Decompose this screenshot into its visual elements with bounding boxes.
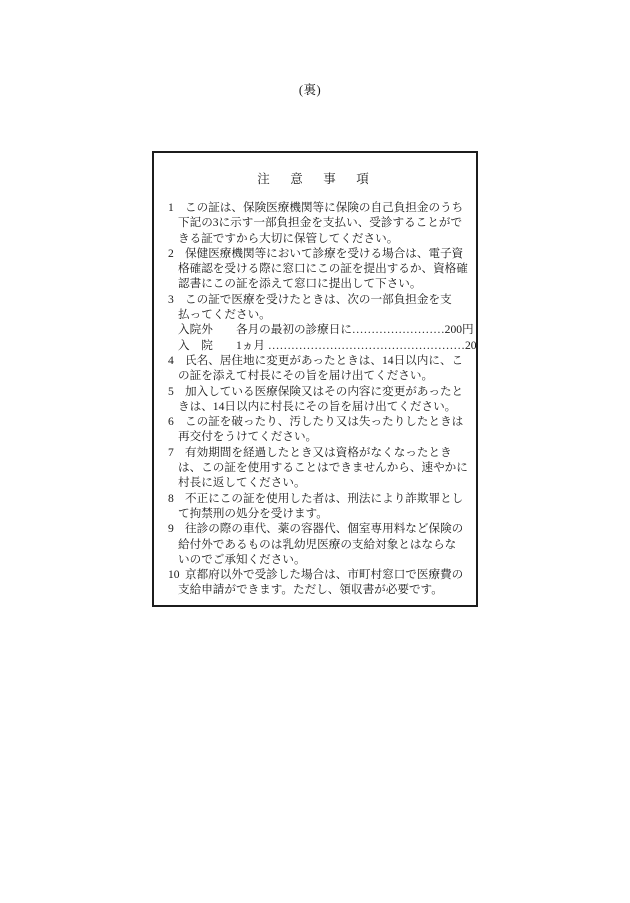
item-number: 8: [168, 491, 174, 506]
item-line: 保健医療機関等において診療を受ける場合は、電子資: [178, 246, 472, 261]
item-number: 2: [168, 246, 174, 261]
item-number: 1: [168, 200, 174, 215]
notice-item: 4氏名、居住地に変更があったときは、14日以内に、この証を添えて村長にその旨を届…: [168, 353, 472, 384]
notice-item: 9往診の際の車代、薬の容器代、個室専用料など保険の給付外であるものは乳幼児医療の…: [168, 521, 472, 567]
notice-title: 注 意 事 項: [154, 169, 476, 187]
notice-items: 1この証は、保険医療機関等に保険の自己負担金のうち下記の3に示す一部負担金を支払…: [168, 200, 472, 598]
notice-item: 10京都府以外で受診した場合は、市町村窓口で医療費の支給申請ができます。ただし、…: [168, 567, 472, 598]
item-line: 氏名、居住地に変更があったときは、14日以内に、こ: [178, 353, 472, 368]
item-line: この証を破ったり、汚したり又は失ったりしたときは: [178, 414, 472, 429]
notice-item: 2保健医療機関等において診療を受ける場合は、電子資格確認を受ける際に窓口にこの証…: [168, 246, 472, 292]
item-line: 支給申請ができます。ただし、領収書が必要です。: [178, 582, 472, 597]
item-line: きは、14日以内に村長にその旨を届け出てください。: [178, 399, 472, 414]
item-number: 6: [168, 414, 174, 429]
item-line: 払ってください。: [178, 307, 472, 322]
back-side-label: (裏): [0, 80, 620, 98]
item-number: 7: [168, 445, 174, 460]
item-line: 村長に返してください。: [178, 475, 472, 490]
item-line: きる証ですから大切に保管してください。: [178, 231, 472, 246]
item-line: 給付外であるものは乳幼児医療の支給対象とはならな: [178, 537, 472, 552]
item-line: 加入している医療保険又はその内容に変更があったと: [178, 384, 472, 399]
notice-box: 注 意 事 項 1この証は、保険医療機関等に保険の自己負担金のうち下記の3に示す…: [152, 151, 478, 607]
item-line: て拘禁刑の処分を受けます。: [178, 506, 472, 521]
item-line: 有効期間を経過したとき又は資格がなくなったとき: [178, 445, 472, 460]
item-line: は、この証を使用することはできませんから、速やかに: [178, 460, 472, 475]
item-line: 下記の3に示す一部負担金を支払い、受診することがで: [178, 215, 472, 230]
item-number: 5: [168, 384, 174, 399]
item-line: 入 院 1ヵ月 ……………………………………………200円: [178, 338, 472, 353]
item-number: 10: [168, 567, 180, 582]
item-line: この証で医療を受けたときは、次の一部負担金を支: [178, 292, 472, 307]
notice-item: 6この証を破ったり、汚したり又は失ったりしたときは再交付をうけてください。: [168, 414, 472, 445]
notice-item: 1この証は、保険医療機関等に保険の自己負担金のうち下記の3に示す一部負担金を支払…: [168, 200, 472, 246]
item-line: 格確認を受ける際に窓口にこの証を提出するか、資格確: [178, 261, 472, 276]
document-page: (裏) 注 意 事 項 1この証は、保険医療機関等に保険の自己負担金のうち下記の…: [0, 0, 630, 903]
item-line: この証は、保険医療機関等に保険の自己負担金のうち: [178, 200, 472, 215]
item-number: 9: [168, 521, 174, 536]
item-line: 認書にこの証を添えて窓口に提出して下さい。: [178, 276, 472, 291]
item-line: 再交付をうけてください。: [178, 429, 472, 444]
notice-item: 3この証で医療を受けたときは、次の一部負担金を支払ってください。入院外 各月の最…: [168, 292, 472, 353]
notice-item: 7有効期間を経過したとき又は資格がなくなったときは、この証を使用することはできま…: [168, 445, 472, 491]
notice-item: 8不正にこの証を使用した者は、刑法により詐欺罪として拘禁刑の処分を受けます。: [168, 491, 472, 522]
item-number: 3: [168, 292, 174, 307]
item-line: 不正にこの証を使用した者は、刑法により詐欺罪とし: [178, 491, 472, 506]
item-number: 4: [168, 353, 174, 368]
notice-item: 5加入している医療保険又はその内容に変更があったときは、14日以内に村長にその旨…: [168, 384, 472, 415]
item-line: いのでご承知ください。: [178, 552, 472, 567]
item-line: の証を添えて村長にその旨を届け出てください。: [178, 368, 472, 383]
item-line: 入院外 各月の最初の診療日に……………………200円: [178, 322, 472, 337]
item-line: 京都府以外で受診した場合は、市町村窓口で医療費の: [178, 567, 472, 582]
item-line: 往診の際の車代、薬の容器代、個室専用料など保険の: [178, 521, 472, 536]
